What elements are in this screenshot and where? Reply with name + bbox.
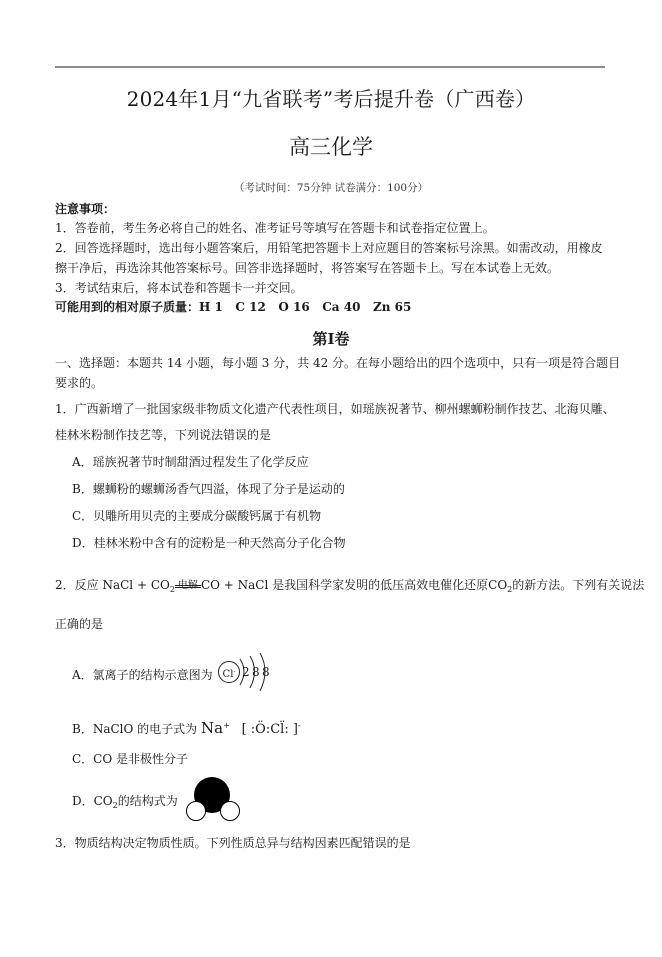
option-text-end: 的结构式为 xyxy=(118,794,178,808)
question-1-option-b[interactable]: B．螺蛳粉的螺蛳汤香气四溢，体现了分子是运动的 xyxy=(72,480,345,497)
shell-count: 8 xyxy=(262,665,270,679)
question-2-option-b[interactable]: B．NaClO 的电子式为 Na+ [ :Ö:Cl̈: ]- xyxy=(72,719,301,737)
note-item: 擦干净后，再选涂其他答案标号。回答非选择题时，将答案写在答题卡上。写在本试卷上无… xyxy=(55,259,559,276)
side-atom xyxy=(186,801,206,821)
atomic-mass-label: 可能用到的相对原子质量： xyxy=(55,300,199,314)
nucleus-label: Cl xyxy=(223,669,234,680)
question-1-option-d[interactable]: D．桂林米粉中含有的淀粉是一种天然高分子化合物 xyxy=(72,534,346,551)
question-number: 3． xyxy=(55,836,75,850)
co2-molecule-model xyxy=(186,775,242,823)
question-2-option-d[interactable]: D．CO2的结构式为 xyxy=(72,792,178,810)
charge: - xyxy=(233,668,235,675)
section-title: 第Ⅰ卷 xyxy=(0,328,662,349)
shell-count: 8 xyxy=(252,665,260,679)
anion-electron-formula: [ :Ö:Cl̈: ] xyxy=(242,722,298,737)
note-item: 2．回答选择题时，选出每小题答案后，用铅笔把答题卡上对应题目的答案标号涂黑。如需… xyxy=(55,239,603,256)
question-text: 是我国科学家发明的低压高效电催化还原CO xyxy=(268,578,507,592)
question-1-stem-cont: 桂林米粉制作技艺等，下列说法错误的是 xyxy=(55,426,271,443)
shell-count: 2 xyxy=(242,665,250,679)
question-3-stem: 3．物质结构决定物质性质。下列性质总异与结构因素匹配错误的是 xyxy=(55,834,411,851)
section-instructions: 一、选择题：本题共 14 小题，每小题 3 分，共 42 分。在每小题给出的四个… xyxy=(55,354,620,371)
reaction-condition: 电解 xyxy=(175,576,201,591)
question-2-stem-cont: 正确的是 xyxy=(55,615,103,632)
exam-title: 2024年1月“九省联考”考后提升卷（广西卷） xyxy=(0,83,662,112)
option-text: D．CO xyxy=(72,794,113,808)
section-instructions-cont: 要求的。 xyxy=(55,374,103,391)
atomic-mass-line: 可能用到的相对原子质量：H 1 C 12 O 16 Ca 40 Zn 65 xyxy=(55,298,411,315)
question-number: 2． xyxy=(55,578,75,592)
note-item: 1．答卷前，考生务必将自己的姓名、准考证号等填写在答题卡和试卷指定位置上。 xyxy=(55,219,495,236)
atomic-mass-values: H 1 C 12 O 16 Ca 40 Zn 65 xyxy=(199,300,411,314)
cation-formula: Na xyxy=(201,719,223,737)
question-1-option-a[interactable]: A．瑶族祝著节时制甜酒过程发生了化学反应 xyxy=(72,453,309,470)
question-1-stem: 1．广西新增了一批国家级非物质文化遗产代表性项目，如瑶族祝著节、柳州螺蛳粉制作技… xyxy=(55,400,615,417)
side-atom xyxy=(220,801,240,821)
question-2-option-c[interactable]: C．CO 是非极性分子 xyxy=(72,750,188,767)
chloride-ion-structure-diagram: Cl- 2 8 8 xyxy=(218,653,278,693)
products: CO + NaCl xyxy=(201,578,268,592)
question-2-stem: 2．反应 NaCl + CO2电解CO + NaCl 是我国科学家发明的低压高效… xyxy=(55,576,644,594)
note-item: 3．考试结束后，将本试卷和答题卡一并交回。 xyxy=(55,279,303,296)
question-text-end: 的新方法。下列有关说法 xyxy=(512,578,644,592)
question-2-option-a[interactable]: A．氯离子的结构示意图为 xyxy=(72,666,213,683)
option-text: B．NaClO 的电子式为 xyxy=(72,722,197,736)
question-text: 物质结构决定物质性质。下列性质总异与结构因素匹配错误的是 xyxy=(75,836,411,850)
reactants: 反应 NaCl + CO xyxy=(75,578,170,592)
subject-title: 高三化学 xyxy=(0,131,662,161)
exam-info: （考试时间：75分钟 试卷满分：100分） xyxy=(0,180,662,195)
question-number: 1． xyxy=(55,402,75,416)
nucleus-circle: Cl- xyxy=(218,661,240,683)
question-text: 广西新增了一批国家级非物质文化遗产代表性项目，如瑶族祝著节、柳州螺蛳粉制作技艺、… xyxy=(75,402,615,416)
notes-heading: 注意事项： xyxy=(55,200,115,217)
question-1-option-c[interactable]: C．贝雕所用贝壳的主要成分碳酸钙属于有机物 xyxy=(72,507,321,524)
header-divider xyxy=(55,66,605,68)
